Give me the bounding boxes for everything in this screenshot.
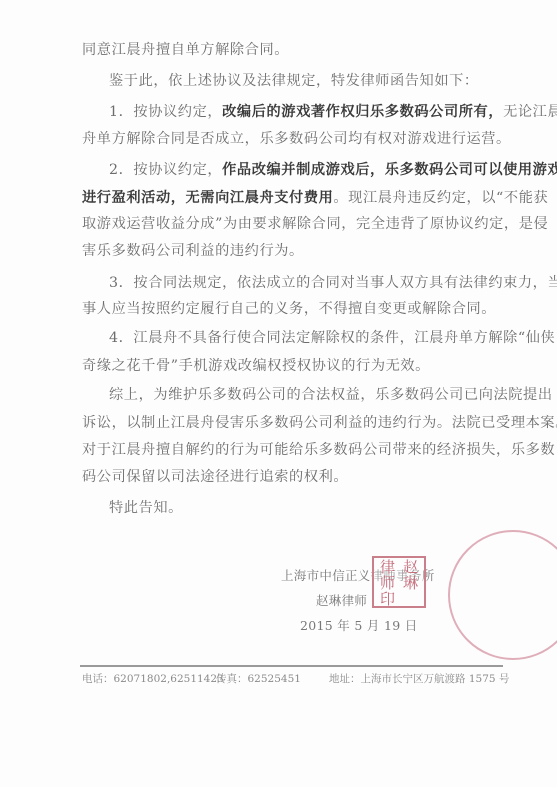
item2-line4: 害乐多数码公司利益的违约行为。 bbox=[82, 243, 304, 259]
item1-prefix: 1．按协议约定， bbox=[109, 104, 222, 120]
item2-prefix: 2．按协议约定， bbox=[109, 162, 222, 178]
seal-char: 琳 bbox=[399, 575, 422, 591]
footer-address: 地址：上海市长宁区万航渡路 1575 号 bbox=[329, 671, 509, 686]
item1-suffix: 无论江晨 bbox=[503, 104, 557, 120]
document-page: 同意江晨舟擅自单方解除合同。 鉴于此，依上述协议及法律规定，特发律师函告知如下：… bbox=[0, 0, 557, 787]
item4-line2: 奇缘之花千骨”手机游戏改编权授权协议的行为无效。 bbox=[82, 358, 430, 374]
seal-char: 律 bbox=[376, 559, 399, 575]
item2-line1: 2．按协议约定，作品改编并制成游戏后，乐多数码公司可以使用游戏 bbox=[109, 162, 557, 178]
footer-divider bbox=[80, 665, 503, 667]
signature-lawyer: 赵琳律师 bbox=[316, 591, 367, 609]
closing-text: 特此告知。 bbox=[109, 500, 183, 516]
lawyer-square-seal: 律 赵 师 琳 印 bbox=[372, 556, 426, 608]
item3-line1: 3．按合同法规定，依法成立的合同对当事人双方具有法律约束力，当 bbox=[109, 275, 557, 291]
item2-line2: 进行盈利活动，无需向江晨舟支付费用。现江晨舟违反约定，以“不能获 bbox=[82, 190, 548, 206]
seal-char bbox=[399, 591, 422, 607]
item2-bold-text: 作品改编并制成游戏后，乐多数码公司可以使用游戏 bbox=[222, 162, 557, 178]
conclusion-line1: 综上，为维护乐多数码公司的合法权益，乐多数码公司已向法院提出 bbox=[109, 387, 553, 403]
seal-char: 赵 bbox=[399, 559, 422, 575]
item1-line2: 舟单方解除合同是否成立，乐多数码公司均有权对游戏进行运营。 bbox=[82, 131, 511, 147]
item4-line1: 4．江晨舟不具备行使合同法定解除权的条件，江晨舟单方解除“仙侠 bbox=[109, 330, 555, 346]
item1-line1: 1．按协议约定，改编后的游戏著作权归乐多数码公司所有，无论江晨 bbox=[109, 104, 557, 120]
item2-line3: 取游戏运营收益分成”为由要求解除合同，完全违背了原协议约定，是侵 bbox=[82, 216, 548, 232]
item2-bold-text-2: 进行盈利活动，无需向江晨舟支付费用 bbox=[82, 190, 333, 206]
paragraph-intro: 鉴于此，依上述协议及法律规定，特发律师函告知如下： bbox=[109, 73, 479, 89]
paragraph-opening-fragment: 同意江晨舟擅自单方解除合同。 bbox=[82, 42, 289, 58]
item1-bold-text: 改编后的游戏著作权归乐多数码公司所有， bbox=[222, 104, 503, 120]
conclusion-line2: 诉讼，以制止江晨舟侵害乐多数码公司利益的违约行为。法院已受理本案。 bbox=[82, 415, 557, 431]
seal-char: 印 bbox=[376, 591, 399, 607]
item3-line2: 事人应当按照约定履行自己的义务，不得擅自变更或解除合同。 bbox=[82, 301, 496, 317]
signature-date: 2015 年 5 月 19 日 bbox=[300, 616, 418, 634]
conclusion-line3: 对于江晨舟擅自解约的行为可能给乐多数码公司带来的经济损失，乐多数 bbox=[82, 442, 555, 458]
conclusion-line4: 码公司保留以司法途径进行追索的权利。 bbox=[82, 469, 348, 485]
item2-suffix: 。现江晨舟违反约定，以“不能获 bbox=[333, 190, 548, 206]
round-official-seal bbox=[448, 530, 557, 660]
footer-fax: 传真：62525451 bbox=[216, 671, 301, 686]
footer-phone: 电话：62071802,62511423 bbox=[82, 671, 224, 686]
seal-char: 师 bbox=[376, 575, 399, 591]
